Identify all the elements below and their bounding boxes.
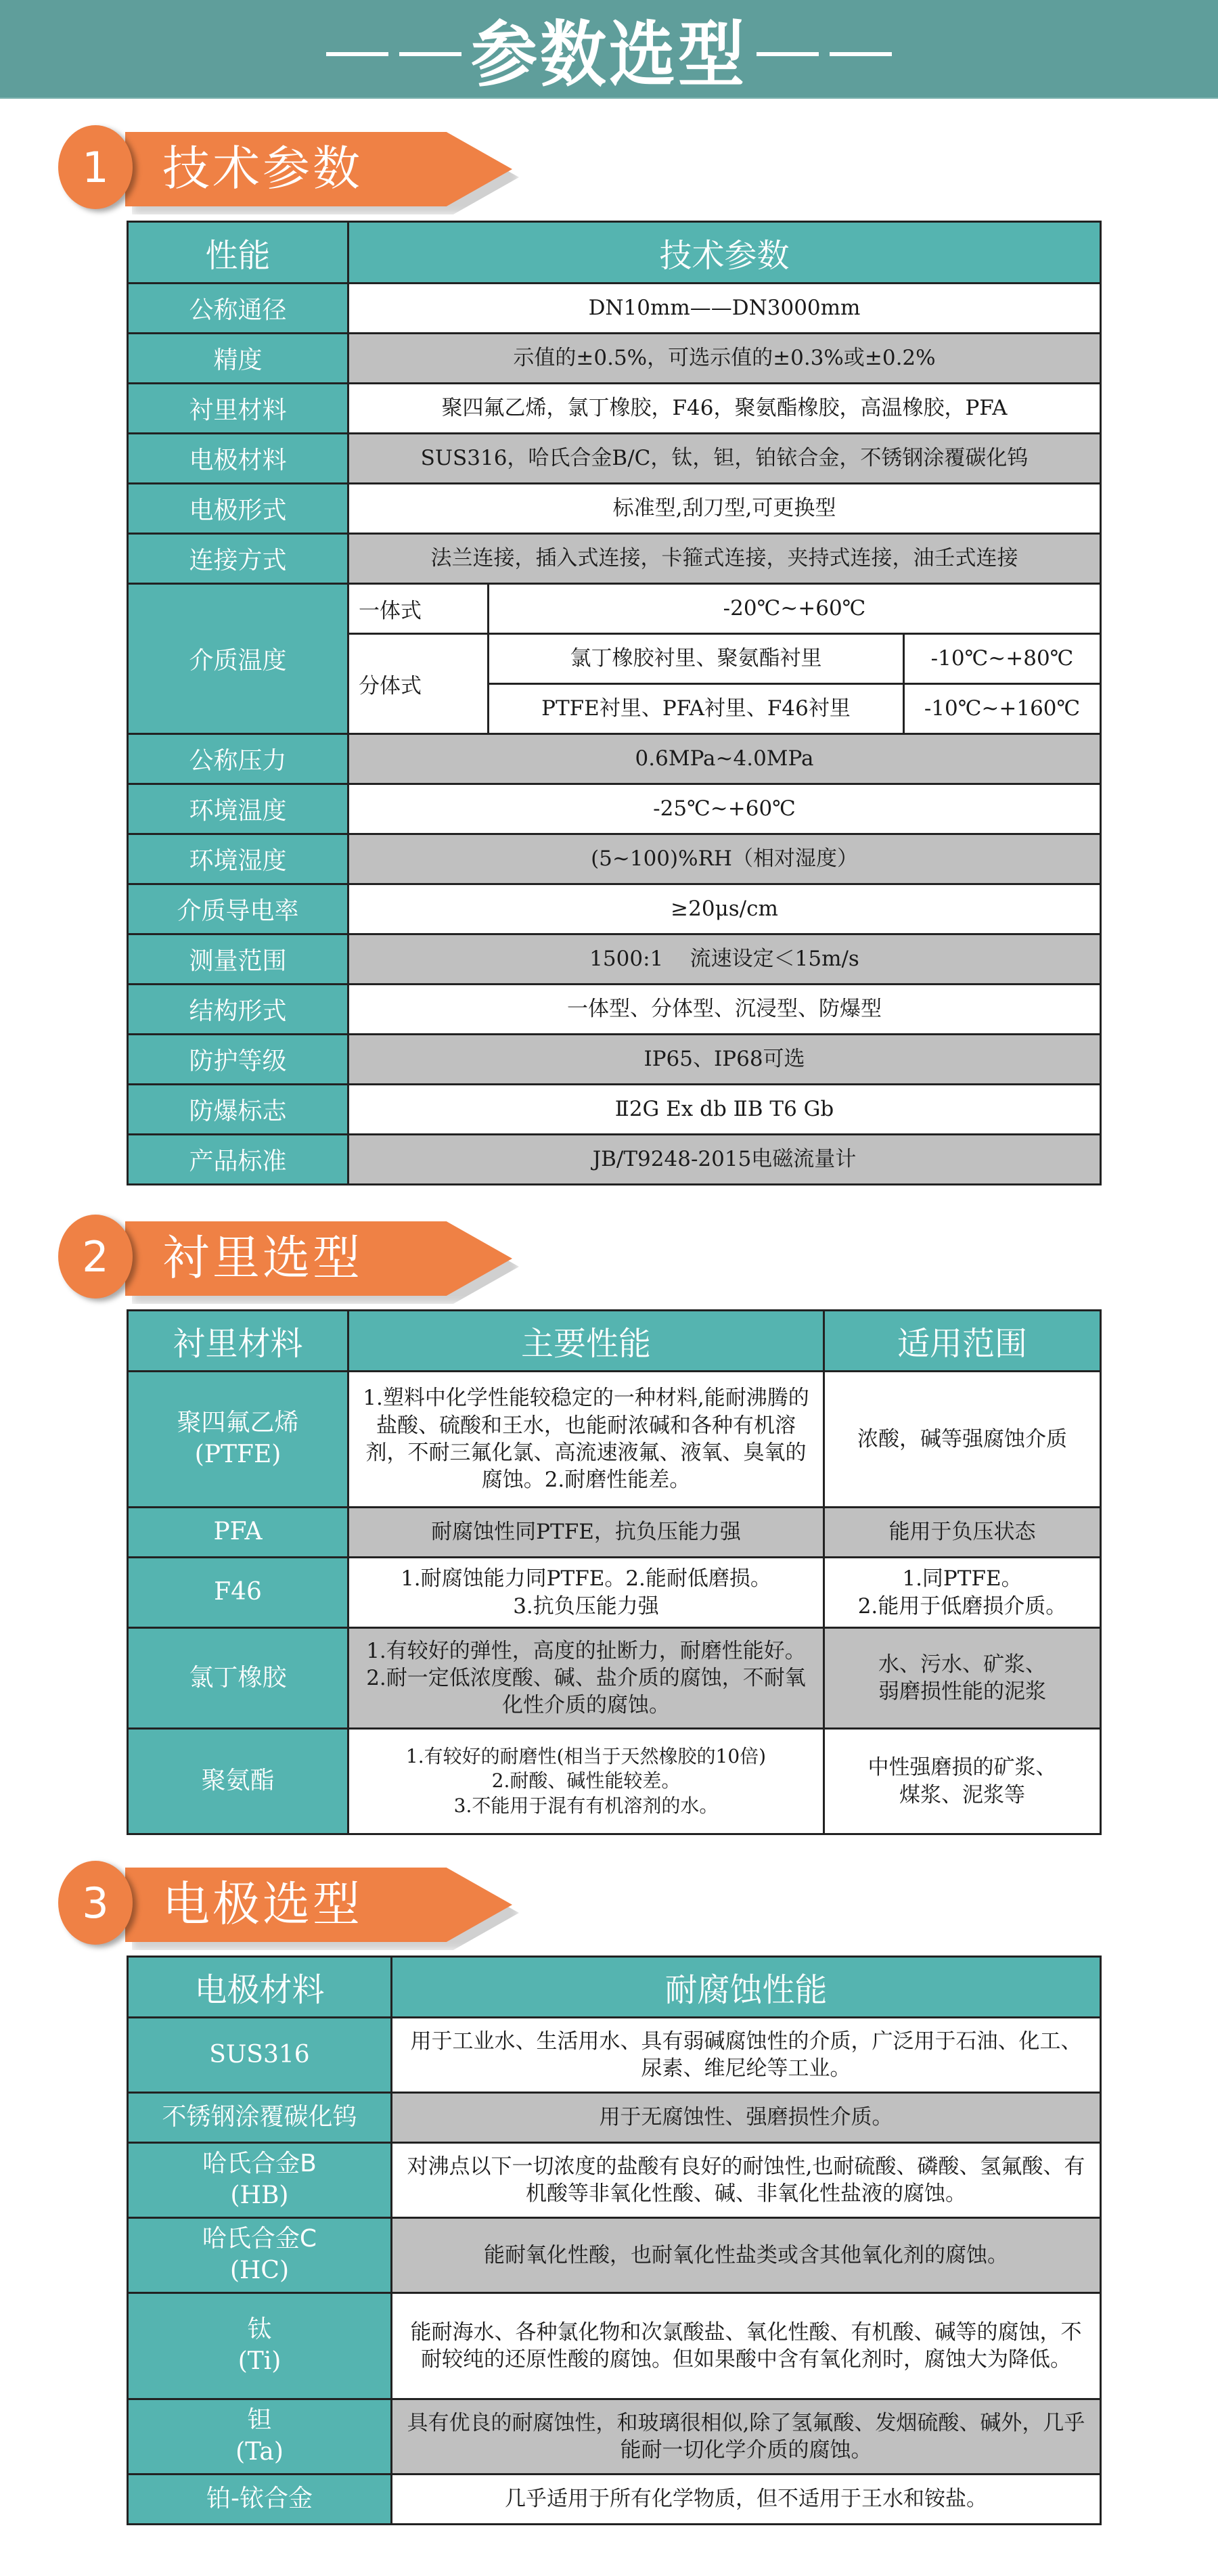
row-key: 环境温度 (128, 784, 348, 834)
table-row: 环境湿度 (5~100)%RH（相对湿度） (128, 834, 1101, 884)
row-key: 衬里材料 (128, 384, 348, 434)
performance-cell: 1.耐腐蚀能力同PTFE。2.能耐低磨损。 3.抗负压能力强 (348, 1558, 824, 1628)
material-code: (Ti) (138, 2346, 381, 2378)
row-key: 结构形式 (128, 985, 348, 1035)
row-key: 公称通径 (128, 284, 348, 334)
row-value: (5~100)%RH（相对湿度） (348, 834, 1101, 884)
material-name: PFA (138, 1516, 338, 1548)
table-row: F46 1.耐腐蚀能力同PTFE。2.能耐低磨损。 3.抗负压能力强 1.同PT… (128, 1558, 1101, 1628)
material-name: 聚氨酯 (138, 1765, 338, 1797)
material-code: (HB) (138, 2180, 381, 2212)
performance-cell: 几乎适用于所有化学物质，但不适用于王水和铵盐。 (392, 2475, 1101, 2525)
sub-type: 一体式 (348, 584, 489, 634)
row-value: 标准型,刮刀型,可更换型 (348, 484, 1101, 534)
performance-text: 1.有较好的弹性，高度的扯断力，耐磨性能好。2.耐一定低浓度酸、碱、盐介质的腐蚀… (359, 1637, 813, 1719)
row-value: 示值的±0.5%，可选示值的±0.3%或±0.2% (348, 334, 1101, 384)
performance-cell: 1.塑料中化学性能较稳定的一种材料,能耐沸腾的盐酸、硫酸和王水，也能耐浓碱和各种… (348, 1372, 824, 1508)
column-header: 衬里材料 (128, 1311, 348, 1372)
table-row: 公称压力 0.6MPa~4.0MPa (128, 734, 1101, 784)
scope-text: 水、污水、矿浆、 (834, 1651, 1090, 1678)
performance-text: 1.有较好的耐磨性(相当于天然橡胶的10倍) (359, 1744, 813, 1769)
performance-text: 耐腐蚀性同PTFE，抗负压能力强 (359, 1518, 813, 1545)
table-row: 氯丁橡胶 1.有较好的弹性，高度的扯断力，耐磨性能好。2.耐一定低浓度酸、碱、盐… (128, 1628, 1101, 1729)
row-key: 介质温度 (128, 584, 348, 734)
table-row: 不锈钢涂覆碳化钨 用于无腐蚀性、强磨损性介质。 (128, 2093, 1101, 2143)
performance-cell: 对沸点以下一切浓度的盐酸有良好的耐蚀性,也耐硫酸、磷酸、氢氟酸、有机酸等非氧化性… (392, 2143, 1101, 2218)
title-dash-right-2 (830, 52, 892, 56)
material-cell: PFA (128, 1508, 348, 1558)
column-header: 电极材料 (128, 1957, 392, 2018)
table-row: 聚四氟乙烯 (PTFE) 1.塑料中化学性能较稳定的一种材料,能耐沸腾的盐酸、硫… (128, 1372, 1101, 1508)
sub-range: -20℃~+60℃ (489, 584, 1101, 634)
title-dash-left-2 (399, 52, 461, 56)
row-key: 精度 (128, 334, 348, 384)
material-cell: 氯丁橡胶 (128, 1628, 348, 1729)
scope-cell: 1.同PTFE。 2.能用于低磨损介质。 (824, 1558, 1101, 1628)
performance-cell: 耐腐蚀性同PTFE，抗负压能力强 (348, 1508, 824, 1558)
section-title: 技术参数 (162, 135, 363, 202)
table-row-medium-temp: 介质温度 一体式 -20℃~+60℃ (128, 584, 1101, 634)
scope-text: 中性强磨损的矿浆、 (834, 1754, 1090, 1781)
sub-range: -10℃~+80℃ (904, 634, 1101, 684)
material-cell: SUS316 (128, 2018, 392, 2093)
performance-text: 3.不能用于混有有机溶剂的水。 (359, 1794, 813, 1818)
row-value: 0.6MPa~4.0MPa (348, 734, 1101, 784)
section-badge-lining: 2 衬里选型 (61, 1215, 467, 1303)
row-key: 介质导电率 (128, 884, 348, 934)
material-name: 钽 (138, 2405, 381, 2437)
table-row: 铂-铱合金 几乎适用于所有化学物质，但不适用于王水和铵盐。 (128, 2475, 1101, 2525)
performance-text: 3.抗负压能力强 (359, 1593, 813, 1620)
performance-text: 1.耐腐蚀能力同PTFE。2.能耐低磨损。 (359, 1565, 813, 1592)
material-cell: 聚氨酯 (128, 1729, 348, 1834)
table-row: 电极材料 SUS316，哈氏合金B/C，钛，钽，铂铱合金，不锈钢涂覆碳化钨 (128, 434, 1101, 484)
page-title: 参数选型 (471, 0, 747, 100)
table-row: 哈氏合金C (HC) 能耐氧化性酸，也耐氧化性盐类或含其他氧化剂的腐蚀。 (128, 2218, 1101, 2293)
scope-cell: 中性强磨损的矿浆、 煤浆、泥浆等 (824, 1729, 1101, 1834)
table-row: PFA 耐腐蚀性同PTFE，抗负压能力强 能用于负压状态 (128, 1508, 1101, 1558)
material-cell: 哈氏合金C (HC) (128, 2218, 392, 2293)
scope-text: 弱磨损性能的泥浆 (834, 1678, 1090, 1705)
material-name: 不锈钢涂覆碳化钨 (131, 2102, 388, 2133)
row-key: 防护等级 (128, 1035, 348, 1085)
material-code: (HC) (138, 2255, 381, 2287)
section-number: 1 (58, 125, 133, 209)
column-header: 耐腐蚀性能 (392, 1957, 1101, 2018)
table-header-row: 电极材料 耐腐蚀性能 (128, 1957, 1101, 2018)
material-cell: F46 (128, 1558, 348, 1628)
performance-text: 1.塑料中化学性能较稳定的一种材料,能耐沸腾的盐酸、硫酸和王水，也能耐浓碱和各种… (359, 1384, 813, 1493)
section-number: 2 (58, 1215, 133, 1298)
row-key: 公称压力 (128, 734, 348, 784)
page-banner: 参数选型 (0, 0, 1218, 99)
table-row: 介质导电率 ≥20μs/cm (128, 884, 1101, 934)
table-row: 电极形式 标准型,刮刀型,可更换型 (128, 484, 1101, 534)
material-code: (Ta) (138, 2437, 381, 2468)
row-value: 一体型、分体型、沉浸型、防爆型 (348, 985, 1101, 1035)
row-key: 测量范围 (128, 934, 348, 985)
sub-lining: PTFE衬里、PFA衬里、F46衬里 (489, 684, 904, 734)
row-key: 连接方式 (128, 534, 348, 584)
table-row: 测量范围 1500:1 流速设定＜15m/s (128, 934, 1101, 985)
section-number: 3 (58, 1861, 133, 1945)
material-name: SUS316 (138, 2039, 381, 2071)
scope-text: 煤浆、泥浆等 (834, 1782, 1090, 1809)
material-cell: 聚四氟乙烯 (PTFE) (128, 1372, 348, 1508)
row-value: JB/T9248-2015电磁流量计 (348, 1135, 1101, 1185)
section-badge-electrode: 3 电极选型 (61, 1861, 467, 1949)
electrode-table: 电极材料 耐腐蚀性能 SUS316 用于工业水、生活用水、具有弱碱腐蚀性的介质，… (127, 1956, 1102, 2525)
material-cell: 钽 (Ta) (128, 2399, 392, 2475)
row-key: 电极材料 (128, 434, 348, 484)
row-key: 产品标准 (128, 1135, 348, 1185)
lining-table: 衬里材料 主要性能 适用范围 聚四氟乙烯 (PTFE) 1.塑料中化学性能较稳定… (127, 1309, 1102, 1835)
column-header: 性能 (128, 222, 348, 284)
material-name: F46 (138, 1577, 338, 1608)
material-cell: 哈氏合金B (HB) (128, 2143, 392, 2218)
table-row: 聚氨酯 1.有较好的耐磨性(相当于天然橡胶的10倍) 2.耐酸、碱性能较差。 3… (128, 1729, 1101, 1834)
sub-range: -10℃~+160℃ (904, 684, 1101, 734)
scope-cell: 浓酸，碱等强腐蚀介质 (824, 1372, 1101, 1508)
sub-lining: 氯丁橡胶衬里、聚氨酯衬里 (489, 634, 904, 684)
table-row: 防爆标志 Ⅱ2G Ex db ⅡB T6 Gb (128, 1085, 1101, 1135)
table-row: 衬里材料 聚四氟乙烯，氯丁橡胶，F46，聚氨酯橡胶，高温橡胶，PFA (128, 384, 1101, 434)
column-header: 主要性能 (348, 1311, 824, 1372)
title-dash-right (757, 52, 819, 56)
table-row: 连接方式 法兰连接，插入式连接，卡箍式连接，夹持式连接，油壬式连接 (128, 534, 1101, 584)
table-row: 哈氏合金B (HB) 对沸点以下一切浓度的盐酸有良好的耐蚀性,也耐硫酸、磷酸、氢… (128, 2143, 1101, 2218)
performance-cell: 能耐氧化性酸，也耐氧化性盐类或含其他氧化剂的腐蚀。 (392, 2218, 1101, 2293)
material-name: 钛 (138, 2314, 381, 2346)
material-name: 聚四氟乙烯 (138, 1407, 338, 1439)
scope-text: 2.能用于低磨损介质。 (834, 1593, 1090, 1620)
table-row: SUS316 用于工业水、生活用水、具有弱碱腐蚀性的介质，广泛用于石油、化工、尿… (128, 2018, 1101, 2093)
row-key: 环境湿度 (128, 834, 348, 884)
section-title: 衬里选型 (162, 1224, 363, 1292)
section-badge-tech-params: 1 技术参数 (61, 125, 467, 213)
material-code: (PTFE) (138, 1439, 338, 1471)
table-row: 防护等级 IP65、IP68可选 (128, 1035, 1101, 1085)
table-row: 结构形式 一体型、分体型、沉浸型、防爆型 (128, 985, 1101, 1035)
tech-params-table: 性能 技术参数 公称通径 DN10mm——DN3000mm 精度 示值的±0.5… (127, 221, 1102, 1185)
row-value: 1500:1 流速设定＜15m/s (348, 934, 1101, 985)
row-value: ≥20μs/cm (348, 884, 1101, 934)
column-header: 适用范围 (824, 1311, 1101, 1372)
scope-cell: 能用于负压状态 (824, 1508, 1101, 1558)
table-row: 产品标准 JB/T9248-2015电磁流量计 (128, 1135, 1101, 1185)
sub-type: 分体式 (348, 634, 489, 734)
row-key: 防爆标志 (128, 1085, 348, 1135)
performance-cell: 具有优良的耐腐蚀性，和玻璃很相似,除了氢氟酸、发烟硫酸、碱外，几乎能耐一切化学介… (392, 2399, 1101, 2475)
material-cell: 不锈钢涂覆碳化钨 (128, 2093, 392, 2143)
performance-cell: 能耐海水、各种氯化物和次氯酸盐、氧化性酸、有机酸、碱等的腐蚀，不耐较纯的还原性酸… (392, 2293, 1101, 2399)
performance-text: 2.耐酸、碱性能较差。 (359, 1769, 813, 1793)
material-name: 氯丁橡胶 (138, 1663, 338, 1694)
row-value: IP65、IP68可选 (348, 1035, 1101, 1085)
row-value: SUS316，哈氏合金B/C，钛，钽，铂铱合金，不锈钢涂覆碳化钨 (348, 434, 1101, 484)
row-value: DN10mm——DN3000mm (348, 284, 1101, 334)
table-header-row: 性能 技术参数 (128, 222, 1101, 284)
material-name: 铂-铱合金 (138, 2483, 381, 2515)
table-row: 精度 示值的±0.5%，可选示值的±0.3%或±0.2% (128, 334, 1101, 384)
material-name: 哈氏合金B (138, 2148, 381, 2180)
row-key: 电极形式 (128, 484, 348, 534)
scope-text: 浓酸，碱等强腐蚀介质 (834, 1426, 1090, 1453)
scope-text: 1.同PTFE。 (834, 1565, 1090, 1592)
performance-cell: 1.有较好的弹性，高度的扯断力，耐磨性能好。2.耐一定低浓度酸、碱、盐介质的腐蚀… (348, 1628, 824, 1729)
row-value: Ⅱ2G Ex db ⅡB T6 Gb (348, 1085, 1101, 1135)
scope-cell: 水、污水、矿浆、 弱磨损性能的泥浆 (824, 1628, 1101, 1729)
table-row: 公称通径 DN10mm——DN3000mm (128, 284, 1101, 334)
section-title: 电极选型 (162, 1870, 363, 1938)
title-dash-left (326, 52, 388, 56)
column-header: 技术参数 (348, 222, 1101, 284)
scope-text: 能用于负压状态 (834, 1518, 1090, 1545)
table-row: 钽 (Ta) 具有优良的耐腐蚀性，和玻璃很相似,除了氢氟酸、发烟硫酸、碱外，几乎… (128, 2399, 1101, 2475)
performance-cell: 用于工业水、生活用水、具有弱碱腐蚀性的介质，广泛用于石油、化工、尿素、维尼纶等工… (392, 2018, 1101, 2093)
row-value: 聚四氟乙烯，氯丁橡胶，F46，聚氨酯橡胶，高温橡胶，PFA (348, 384, 1101, 434)
material-cell: 铂-铱合金 (128, 2475, 392, 2525)
table-row: 钛 (Ti) 能耐海水、各种氯化物和次氯酸盐、氧化性酸、有机酸、碱等的腐蚀，不耐… (128, 2293, 1101, 2399)
material-name: 哈氏合金C (138, 2223, 381, 2255)
row-value: 法兰连接，插入式连接，卡箍式连接，夹持式连接，油壬式连接 (348, 534, 1101, 584)
performance-cell: 用于无腐蚀性、强磨损性介质。 (392, 2093, 1101, 2143)
table-row: 环境温度 -25℃~+60℃ (128, 784, 1101, 834)
row-value: -25℃~+60℃ (348, 784, 1101, 834)
material-cell: 钛 (Ti) (128, 2293, 392, 2399)
table-header-row: 衬里材料 主要性能 适用范围 (128, 1311, 1101, 1372)
performance-cell: 1.有较好的耐磨性(相当于天然橡胶的10倍) 2.耐酸、碱性能较差。 3.不能用… (348, 1729, 824, 1834)
